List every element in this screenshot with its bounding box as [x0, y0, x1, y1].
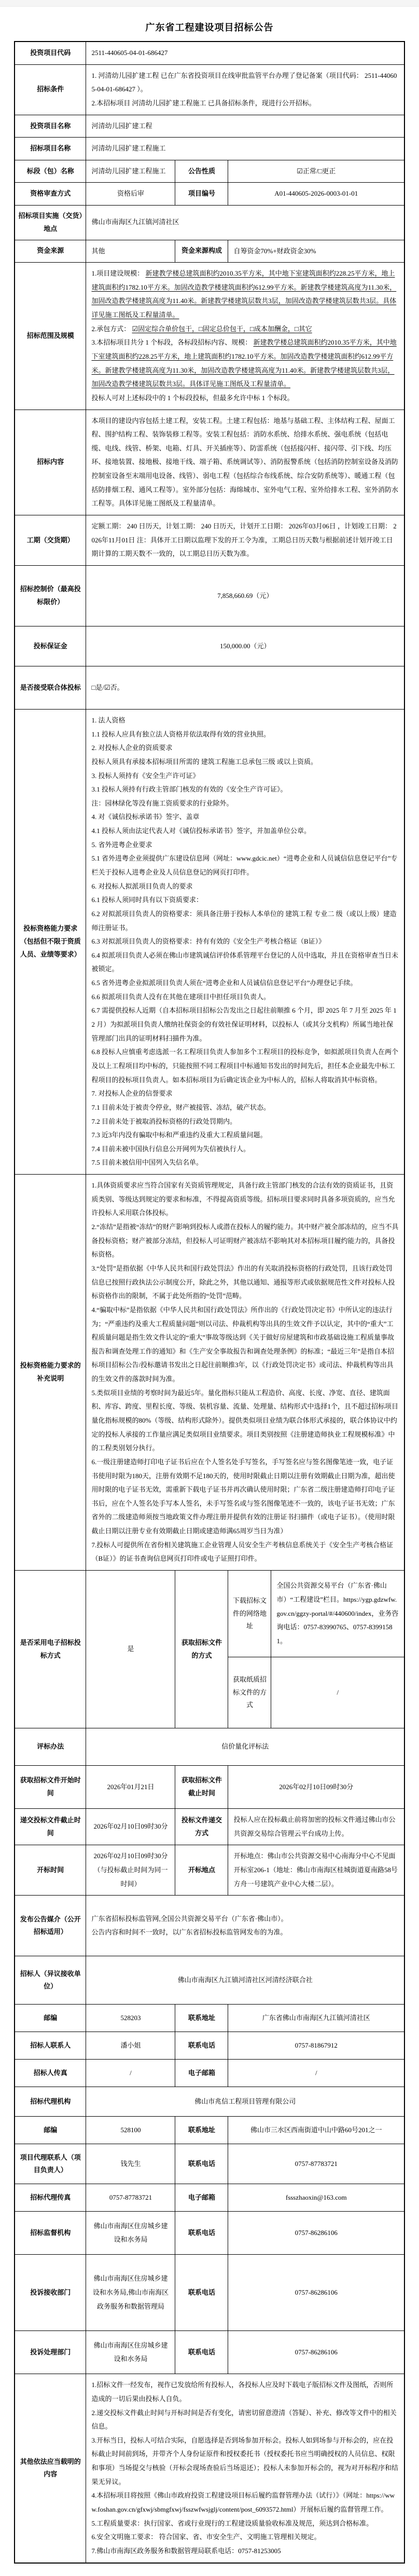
scope-p3-prefix: 3.本招标项目共分 1 个标段，各标段招标内容、规模：: [91, 338, 253, 346]
table-row: 是否接受联合体投标 □是/☑否。: [15, 666, 404, 709]
paragraph-line: 1.具体资质要求应当符合国家有关资质管理规定，具备行政主管部门核发的合法有效的资…: [91, 1179, 399, 1220]
agency-tel-value: 0757-87783721: [228, 2144, 404, 2184]
table-row: 资金来源 其他 资金来源构成 自筹资金70%+财政资金30%: [15, 240, 404, 263]
complaint-handle-tel-value: 0757-86286106: [228, 2331, 404, 2374]
tender-name-value: 河清幼儿园扩建工程施工: [86, 138, 404, 160]
scope-line: 投标人可对上述标段中的 1 个标段投标，但最多允许中标 1 个标段。: [91, 391, 399, 405]
table-row: 招标项目名称 河清幼儿园扩建工程施工: [15, 138, 404, 160]
table-row: 资格审查方式 资格后审 项目编号 A01-440605-2026-0003-01…: [15, 183, 404, 206]
e-bidding-label: 是否采用电子招标投标方式: [15, 1571, 86, 1728]
paragraph-line: 6.4 拟派项目负责人必须在佛山市建筑诚信评价体系管理平台登记的人员中选取，并且…: [91, 949, 399, 976]
complaint-receive-value: 佛山市南海区住房城乡建设和水务局,佛山市南海区政务服务和数据管理局: [86, 2255, 175, 2331]
other-notes-value: 1.招标文件一经发布，视作已发放给所有投标人，各投标人应及时下载电子版招标文件及…: [86, 2374, 404, 2563]
table-row: 招标代理传真 0757-87783721 电子邮箱 fssszhaoxin@16…: [15, 2184, 404, 2212]
table-row: 招标范围及规模 1.项目建设规模： 新建教学楼总建筑面积约2010.35平方米，…: [15, 263, 404, 410]
paragraph-line: 4.“骗取中标”是指依据《中华人民共和国行政处罚法》所作出的《行政处罚决定书》中…: [91, 1303, 399, 1386]
consortium-value: □是/☑否。: [86, 666, 404, 709]
paragraph-line: 6.2 对拟派项目负责人的资格要求：须具备注册于投标人本单位的 建筑工程 专业二…: [91, 907, 399, 935]
project-number-label: 项目编号: [175, 183, 228, 206]
table-row: 工期（交货期） 定额工期： 240 日历天，计划工期： 240 日历天，计划开工…: [15, 515, 404, 566]
agency-contact-value: 钱先生: [86, 2144, 175, 2184]
paragraph-line: 投标人须具有承接本招标项目所需的 建筑工程施工总承包三级 或以上资质。: [91, 755, 399, 769]
bid-bond-label: 投标保证金: [15, 626, 86, 666]
table-row: 投诉处理部门 佛山市南海区住房城乡建设和水务局 联系电话 0757-862861…: [15, 2331, 404, 2374]
media-line: 广东省招标投标监管网,全国公共资源交易平台（广东省·佛山市）。: [91, 1912, 399, 1926]
table-row: 是否采用电子招标投标方式 是 获取招标文件的方式 下载招标文件的网络地址 全国公…: [15, 1571, 404, 1657]
table-row: 标段（包）名称 河清幼儿园扩建工程施工 公告性质 ☑正常/□更正: [15, 160, 404, 183]
supervisor-value: 佛山市南海区住房城乡建设和水务局: [86, 2212, 175, 2255]
fund-source-label: 资金来源: [15, 240, 86, 263]
media-value: 广东省招标投标监管网,全国公共资源交易平台（广东省·佛山市）。 公告内容和时间不…: [86, 1896, 404, 1956]
tenderer-address-value: 广东省佛山市南海区九江镇河清社区: [228, 2005, 404, 2032]
paragraph-line: 6.7 需提供投标人近期（自本招标项目招标公告发出之日起往前顺推 6 个月，即 …: [91, 1004, 399, 1045]
project-number-value: A01-440605-2026-0003-01-01: [228, 183, 404, 206]
agency-value: 佛山市兆信工程项目管理有限公司: [86, 2087, 404, 2117]
table-row: 招标代理机构 佛山市兆信工程项目管理有限公司: [15, 2087, 404, 2117]
paragraph-line: 2. 对投标人企业的资质要求: [91, 741, 399, 755]
qual-req-value: 1. 法人资格1.1 投标人应具有独立法人资格并依法取得有效的营业执照。2. 对…: [86, 709, 404, 1174]
paragraph-line: 6.5 省外进粤企业拟派项目负责人须在“进粤企业和人员诚信信息登记平台”办理登记…: [91, 976, 399, 990]
tenderer-postcode-label: 邮编: [15, 2005, 86, 2032]
paragraph-line: 6.一级注册建造师打印电子证书后应在个人签名处手写签名，手写签名应与签名图像笔迹…: [91, 1455, 399, 1538]
obtain-method-label: 获取招标文件的方式: [175, 1571, 228, 1728]
table-row: 投资项目名称 河清幼儿园扩建工程: [15, 115, 404, 138]
table-row: 招标监督机构 佛山市南海区住房城乡建设和水务局 联系电话 0757-862861…: [15, 2212, 404, 2255]
section-name-value: 河清幼儿园扩建工程施工: [86, 160, 175, 183]
complaint-receive-label: 投诉接收部门: [15, 2255, 86, 2331]
table-row: 项目代理联系人（项目负责人） 钱先生 联系电话 0757-87783721: [15, 2144, 404, 2184]
duration-value: 定额工期： 240 日历天，计划工期： 240 日历天，计划开工日期： 2026…: [86, 515, 404, 566]
agency-email-value: fssszhaoxin@163.com: [228, 2184, 404, 2212]
scope-p1-prefix: 1.项目建设规模：: [91, 269, 145, 277]
tender-conditions-label: 招标条件: [15, 64, 86, 115]
table-row: 发布公告媒介（公开招标适用） 广东省招标投标监管网,全国公共资源交易平台（广东省…: [15, 1896, 404, 1956]
paper-method-label: 获取纸质招标文件的方式: [228, 1657, 271, 1728]
consortium-label: 是否接受联合体投标: [15, 666, 86, 709]
paragraph-line: 1. 法人资格: [91, 714, 399, 728]
paragraph-line: 6.6 拟派项目负责人没有在其他在建项目中担任项目负责人。: [91, 990, 399, 1004]
tenderer-contact-value: 潘小姐: [86, 2032, 175, 2060]
paragraph-line: 4. 对《诚信投标承诺书》签字、盖章: [91, 810, 399, 824]
paragraph-line: 6.1 投标人须同时具有以下资质要求：: [91, 893, 399, 907]
doc-obtain-start-label: 获取招标文件开始时间: [15, 1766, 86, 1809]
qualification-method-label: 资格审查方式: [15, 183, 86, 206]
paragraph-line: 6. 对投标人拟派项目负责人的要求: [91, 880, 399, 894]
tenderer-email-value: /: [228, 2060, 404, 2087]
agency-fax-value: 0757-87783721: [86, 2184, 175, 2212]
table-row: 招标控制价（最高投标限价） 7,858,660.69（元）: [15, 565, 404, 626]
supervisor-tel-label: 联系电话: [175, 2212, 228, 2255]
tender-name-label: 招标项目名称: [15, 138, 86, 160]
bid-bond-value: 150,000.00（元）: [86, 626, 404, 666]
paragraph-line: 5.1 省外进粤企业须提供广东建设信息网（网址：www.gdcic.net）“进…: [91, 852, 399, 879]
supervisor-tel-value: 0757-86286106: [228, 2212, 404, 2255]
submit-deadline-label: 递交投标文件截止时间: [15, 1809, 86, 1845]
paragraph-line: 7.4 目前未被中国执行信息公开网列为失信被执行人。: [91, 1142, 399, 1156]
qual-supplement-label: 投标资格能力要求的补充说明: [15, 1175, 86, 1571]
eval-method-value: 信价量化评标法: [86, 1728, 404, 1766]
tenderer-postcode-value: 528203: [86, 2005, 175, 2032]
tenderer-tel-label: 联系电话: [175, 2032, 228, 2060]
paragraph-line: 7.2 目前未处于被取消投标资格的行政处罚期内。: [91, 1115, 399, 1129]
agency-address-label: 联系地址: [175, 2117, 228, 2144]
paragraph-line: 1.招标文件一经发布，视作已发放给所有投标人，各投标人应及时下载电子版招标文件及…: [91, 2378, 399, 2406]
download-url-label: 下载招标文件的网络地址: [228, 1571, 271, 1657]
media-label: 发布公告媒介（公开招标适用）: [15, 1896, 86, 1956]
tenderer-contact-label: 招标人联系人: [15, 2032, 86, 2060]
paragraph-line: 4.1 投标人须由法定代表人对《诚信投标承诺书》签字，并加盖单位公章。: [91, 824, 399, 838]
invest-code-label: 投资项目代码: [15, 42, 86, 64]
agency-email-label: 电子邮箱: [175, 2184, 228, 2212]
paragraph-line: 6.安全文明施工要求： 符合国家、省、市安全生产、文明施工管理相关规定。: [91, 2530, 399, 2544]
download-url-value: 全国公共资源交易平台（广东省·佛山市）“工程建设”栏目。https://ygp.…: [271, 1571, 404, 1657]
complaint-handle-value: 佛山市南海区住房城乡建设和水务局: [86, 2331, 175, 2374]
e-bidding-value: 是: [86, 1571, 175, 1728]
invest-name-value: 河清幼儿园扩建工程: [86, 115, 404, 138]
page-title: 广东省工程建设项目招标公告: [0, 20, 419, 34]
opening-time-value: 2026年02月10日09时30分（与投标截止时间为同一时间）: [86, 1845, 175, 1896]
paragraph-line: 5.类似项目业绩的考察时间为最近5年。量化指标只能从工程造价、高度、长度、净宽、…: [91, 1386, 399, 1455]
paragraph-line: 6.8 投标人应慎重考虑选派一名工程项目负责人参加多个工程项目的投标竞争，如拟派…: [91, 1045, 399, 1087]
table-row: 招标人（异议接收单位） 佛山市南海区九江镇河清社区河清经济联合社: [15, 1956, 404, 2005]
fund-composition-label: 资金来源构成: [175, 240, 228, 263]
opening-time-label: 开标时间: [15, 1845, 86, 1896]
paragraph-line: 7.佛山市南海区政务服务和数据管理局联系电话：0757-81253005: [91, 2544, 399, 2558]
table-row: 招标条件 1. 河清幼儿园扩建工程 已在广东省投资项目在线审批监管平台办理了登记…: [15, 64, 404, 115]
paragraph-line: 5.工程质量要求：执行国家、省或行业现行的工程建设质量验收标准及规范，须达到合格…: [91, 2517, 399, 2531]
paragraph-line: 3. 投标人须持有《安全生产许可证》: [91, 769, 399, 783]
agency-tel-label: 联系电话: [175, 2144, 228, 2184]
agency-postcode-label: 邮编: [15, 2117, 86, 2144]
complaint-handle-tel-label: 联系电话: [175, 2331, 228, 2374]
delivery-location-value: 佛山市南海区九江镇河清社区: [86, 206, 404, 240]
paragraph-line: 7.1 目前未处于被责令停业，财产被接管、冻结，破产状态。: [91, 1101, 399, 1115]
table-row: 招标内容 本项目的建设内容包括土建工程，安装工程。土建工程包括：地基与基础工程、…: [15, 410, 404, 515]
paragraph-line: 7. 对投标人企业的信誉要求: [91, 1087, 399, 1101]
qual-req-label: 投标资格能力要求（包括但不限于资质人员、业绩等要求）: [15, 709, 86, 1174]
table-row: 招标人传真 / 电子邮箱 /: [15, 2060, 404, 2087]
tenderer-fax-value: /: [86, 2060, 175, 2087]
tenderer-address-label: 联系地址: [175, 2005, 228, 2032]
table-row: 投标保证金 150,000.00（元）: [15, 626, 404, 666]
paragraph-line: 7.5 目前未被信用中国列入失信名单。: [91, 1156, 399, 1170]
tender-conditions-value: 1. 河清幼儿园扩建工程 已在广东省投资项目在线审批监管平台办理了登记备案（项目…: [86, 64, 404, 115]
notice-nature-value: ☑正常/□更正: [228, 160, 404, 183]
control-price-value: 7,858,660.69（元）: [86, 565, 404, 626]
opening-place-label: 开标地点: [175, 1845, 228, 1896]
section-name-label: 标段（包）名称: [15, 160, 86, 183]
tenderer-label: 招标人（异议接收单位）: [15, 1956, 86, 2005]
agency-label: 招标代理机构: [15, 2087, 86, 2117]
tenderer-value: 佛山市南海区九江镇河清社区河清经济联合社: [86, 1956, 404, 2005]
tenderer-tel-value: 0757-81867912: [228, 2032, 404, 2060]
table-row: 投标资格能力要求的补充说明 1.具体资质要求应当符合国家有关资质管理规定，具备行…: [15, 1175, 404, 1571]
table-row: 投资项目代码 2511-440605-04-01-686427: [15, 42, 404, 64]
paragraph-line: 1.1 投标人应具有独立法人资格并依法取得有效的营业执照。: [91, 728, 399, 742]
doc-obtain-start-value: 2026年01月21日: [86, 1766, 175, 1809]
scope-value: 1.项目建设规模： 新建教学楼总建筑面积约2010.35平方米，其中地下室建筑面…: [86, 263, 404, 410]
scope-p2-prefix: 2.承包方式：: [91, 325, 132, 333]
delivery-location-label: 招标项目实施（交货）地点: [15, 206, 86, 240]
paragraph-line: 4.本招标项目将按照《佛山市政府投资工程建设项目标后履约监督管理办法（试行）》（…: [91, 2489, 399, 2516]
table-row: 邮编 528100 联系地址 佛山市三水区西南街道中山中路60号201之一: [15, 2117, 404, 2144]
agency-contact-label: 项目代理联系人（项目负责人）: [15, 2144, 86, 2184]
doc-obtain-end-value: 2026年02月10日09时30分: [228, 1766, 404, 1809]
paragraph-line: 注：园林绿化等没有施工资质要求的行业除外。: [91, 797, 399, 811]
paragraph-line: 6.3 对拟派项目负责人的资格要求：持有有效的《安全生产考核合格证（B证）》: [91, 935, 399, 949]
scope-p2-body: ☑固定综合单价包干，□固定总价包干，□成本加酬金，□其它: [132, 325, 312, 333]
table-row: 招标项目实施（交货）地点 佛山市南海区九江镇河清社区: [15, 206, 404, 240]
agency-fax-label: 招标代理传真: [15, 2184, 86, 2212]
submit-method-value: 投标人应在投标截止前将加密的投标文件通过佛山市公共资源交易综合管理云平台成功上传…: [228, 1809, 404, 1845]
scope-line: 1.项目建设规模： 新建教学楼总建筑面积约2010.35平方米，其中地下室建筑面…: [91, 267, 399, 322]
condition-line: 2.本招标项目 河清幼儿园扩建工程施工 已具备招标条件，现进行公开招标。: [91, 97, 399, 111]
notice-nature-label: 公告性质: [175, 160, 228, 183]
tender-content-label: 招标内容: [15, 410, 86, 515]
paragraph-line: 2.“冻结”是指被“冻结”的财产影响到投标人或潜在投标人的履约能力。其中财产被全…: [91, 1220, 399, 1262]
agency-address-value: 佛山市三水区西南街道中山中路60号201之一: [228, 2117, 404, 2144]
agency-postcode-value: 528100: [86, 2117, 175, 2144]
condition-line: 1. 河清幼儿园扩建工程 已在广东省投资项目在线审批监管平台办理了登记备案（项目…: [91, 69, 399, 97]
media-line: 公告内容和时间不一致时，以广东省招标投标监管网发布的为准。: [91, 1926, 399, 1940]
qualification-method-value: 资格后审: [86, 183, 175, 206]
complaint-handle-label: 投诉处理部门: [15, 2331, 86, 2374]
table-row: 其他依法应当载明的内容 1.招标文件一经发布，视作已发放给所有投标人，各投标人应…: [15, 2374, 404, 2563]
doc-obtain-end-label: 获取招标文件截止时间: [175, 1766, 228, 1809]
submit-method-label: 投标文件递交方式: [175, 1809, 228, 1845]
paper-method-value: /: [271, 1657, 404, 1728]
paragraph-line: 3.开标当日，投标人可结合实际，自愿选择是否到场参加开标会。投标人如到场参与开标…: [91, 2434, 399, 2489]
scope-label: 招标范围及规模: [15, 263, 86, 410]
other-notes-label: 其他依法应当载明的内容: [15, 2374, 86, 2563]
fund-composition-value: 自筹资金70%+财政资金30%: [228, 240, 404, 263]
paragraph-line: 2.递交投标文件截止时间与开标时间是否有变化，请密切留意澄清（答疑）、补充、修改…: [91, 2406, 399, 2434]
table-row: 评标办法 信价量化评标法: [15, 1728, 404, 1766]
tender-content-value: 本项目的建设内容包括土建工程，安装工程。土建工程包括：地基与基础工程、主体结构工…: [86, 410, 404, 515]
table-row: 递交投标文件截止时间 2026年02月10日09时30分 投标文件递交方式 投标…: [15, 1809, 404, 1845]
control-price-label: 招标控制价（最高投标限价）: [15, 565, 86, 626]
opening-place-value: 开标地点：佛山市公共资源交易中心南海分中心不见面开标室206-1（地址：佛山市南…: [228, 1845, 404, 1896]
table-row: 邮编 528203 联系地址 广东省佛山市南海区九江镇河清社区: [15, 2005, 404, 2032]
tender-announcement-table: 投资项目代码 2511-440605-04-01-686427 招标条件 1. …: [14, 41, 405, 2564]
eval-method-label: 评标办法: [15, 1728, 86, 1766]
paragraph-line: 3.“处罚”是指依据《中华人民共和国行政处罚法》作出的有关取消投标资格的行政处罚…: [91, 1262, 399, 1303]
table-row: 招标人联系人 潘小姐 联系电话 0757-81867912: [15, 2032, 404, 2060]
page-top-strip: [0, 0, 419, 7]
paragraph-line: 3.1 投标人须持有行政主管部门核发的有效的《安全生产许可证》。: [91, 783, 399, 797]
scope-line: 2.承包方式： ☑固定综合单价包干，□固定总价包干，□成本加酬金，□其它: [91, 322, 399, 336]
paragraph-line: 5. 省外进粤企业要求: [91, 838, 399, 852]
invest-code-value: 2511-440605-04-01-686427: [86, 42, 404, 64]
table-row: 开标时间 2026年02月10日09时30分（与投标截止时间为同一时间） 开标地…: [15, 1845, 404, 1896]
tenderer-email-label: 电子邮箱: [175, 2060, 228, 2087]
table-row: 投诉接收部门 佛山市南海区住房城乡建设和水务局,佛山市南海区政务服务和数据管理局…: [15, 2255, 404, 2331]
duration-label: 工期（交货期）: [15, 515, 86, 566]
paragraph-line: 7.3 近3年内没有骗取中标和严重违约及重大工程质量问题。: [91, 1128, 399, 1142]
submit-deadline-value: 2026年02月10日09时30分: [86, 1809, 175, 1845]
fund-source-value: 其他: [86, 240, 175, 263]
complaint-receive-tel-label: 联系电话: [175, 2255, 228, 2331]
complaint-receive-tel-value: 0757-86286106: [228, 2255, 404, 2331]
scope-line: 3.本招标项目共分 1 个标段，各标段招标内容、规模： 新建教学楼总建筑面积约2…: [91, 336, 399, 391]
paragraph-line: 7.投标人可提供所在省份相关建筑施工企业管理人员安全生产考核信息系统关于《安全生…: [91, 1538, 399, 1566]
table-row: 获取招标文件开始时间 2026年01月21日 获取招标文件截止时间 2026年0…: [15, 1766, 404, 1809]
invest-name-label: 投资项目名称: [15, 115, 86, 138]
supervisor-label: 招标监督机构: [15, 2212, 86, 2255]
tenderer-fax-label: 招标人传真: [15, 2060, 86, 2087]
table-row: 投标资格能力要求（包括但不限于资质人员、业绩等要求） 1. 法人资格1.1 投标…: [15, 709, 404, 1174]
qual-supplement-value: 1.具体资质要求应当符合国家有关资质管理规定，具备行政主管部门核发的合法有效的资…: [86, 1175, 404, 1571]
